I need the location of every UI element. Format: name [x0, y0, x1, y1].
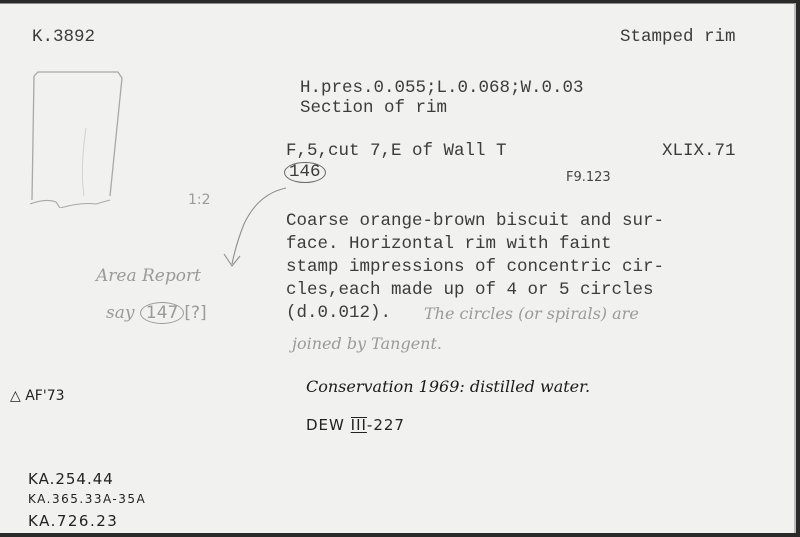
- description-line-5: (d.0.012).: [286, 302, 391, 325]
- profile-sketch-icon: [26, 68, 126, 208]
- description-line-1: Coarse orange-brown biscuit and sur-: [286, 210, 664, 233]
- description-line-3: stamp impressions of concentric cir-: [286, 256, 664, 279]
- area-report-note: Area Report: [96, 266, 201, 286]
- figure-reference: F9.123: [566, 170, 611, 185]
- ka-reference-1: KA.254.44: [28, 470, 114, 488]
- section-description: Section of rim: [300, 97, 447, 120]
- description-line-2: face. Horizontal rim with faint: [286, 233, 612, 256]
- dew-prefix: DEW: [306, 416, 345, 434]
- handwritten-addendum-line-2: joined by Tangent.: [292, 334, 442, 353]
- af-note-text: AF'73: [25, 388, 64, 404]
- ka-reference-3: KA.726.23: [28, 512, 118, 530]
- ka-reference-2: KA.365.33A-35A: [28, 492, 146, 506]
- area-report-query: [?]: [184, 303, 206, 323]
- area-report-circled-number: 147: [140, 302, 184, 324]
- description-line-4: cles,each made up of 4 or 5 circles: [286, 279, 654, 302]
- af-note: △ AF'73: [10, 388, 65, 404]
- catalog-card: K.3892 Stamped rim H.pres.0.055;L.0.068;…: [0, 3, 796, 533]
- dew-roman-numeral: III: [351, 417, 367, 432]
- lot-number-circled: 146: [284, 162, 326, 183]
- triangle-icon: △: [10, 388, 25, 404]
- catalog-number: K.3892: [32, 26, 95, 49]
- dew-reference: DEW III-227: [306, 416, 405, 434]
- conservation-note: Conservation 1969: distilled water.: [306, 377, 590, 396]
- lot-number: 146: [284, 161, 326, 184]
- notebook-reference: XLIX.71: [662, 140, 736, 163]
- area-report-say-label: say: [106, 303, 134, 323]
- dew-suffix: -227: [367, 416, 405, 434]
- scale-note: 1:2: [188, 192, 211, 208]
- object-type: Stamped rim: [620, 26, 736, 49]
- handwritten-addendum-line-1: The circles (or spirals) are: [424, 304, 639, 323]
- pencil-arrow-icon: [210, 174, 290, 274]
- area-report-say: say 147[?]: [106, 302, 207, 324]
- findspot: F,5,cut 7,E of Wall T: [286, 140, 507, 163]
